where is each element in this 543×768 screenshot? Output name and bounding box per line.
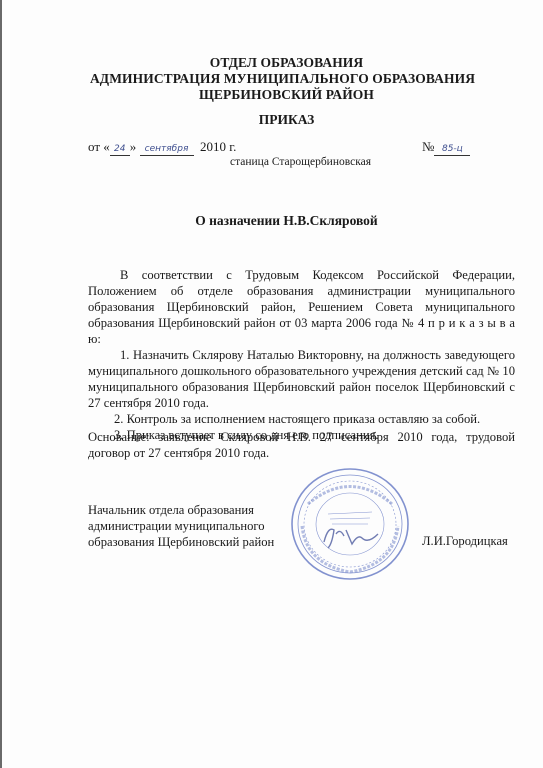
- header-line-administration: АДМИНИСТРАЦИЯ МУНИЦИПАЛЬНОГО ОБРАЗОВАНИЯ: [0, 71, 543, 87]
- signer-title: Начальник отдела образования администрац…: [88, 502, 274, 550]
- order-title: ПРИКАЗ: [0, 112, 543, 128]
- signer-name: Л.И.Городицкая: [422, 534, 508, 549]
- signer-title-line-2: администрации муниципального: [88, 518, 274, 534]
- order-date: от «24» сентября 2010 г.: [88, 139, 236, 156]
- number-handwritten: 85-ц: [434, 143, 470, 156]
- header-line-department: ОТДЕЛ ОБРАЗОВАНИЯ: [0, 55, 543, 71]
- header-line-district: ЩЕРБИНОВСКИЙ РАЙОН: [0, 87, 543, 103]
- official-stamp-icon: [288, 464, 412, 584]
- signer-title-line-1: Начальник отдела образования: [88, 502, 274, 518]
- order-number: №85-ц: [422, 139, 470, 156]
- date-mid: »: [130, 139, 137, 154]
- place-of-issue: станица Старощербиновская: [230, 156, 371, 168]
- date-month-handwritten: сентября: [140, 143, 194, 156]
- order-subject: О назначении Н.В.Скляровой: [0, 213, 543, 229]
- order-item-2: 2. Контроль за исполнением настоящего пр…: [88, 411, 515, 427]
- date-year: 2010 г.: [200, 139, 236, 154]
- number-prefix: №: [422, 139, 434, 154]
- signer-title-line-3: образования Щербиновский район: [88, 534, 274, 550]
- basis-paragraph: Основание: заявление Скляровой Н.В. 27 с…: [88, 429, 515, 461]
- document-header: ОТДЕЛ ОБРАЗОВАНИЯ АДМИНИСТРАЦИЯ МУНИЦИПА…: [0, 55, 543, 103]
- date-prefix: от «: [88, 139, 110, 154]
- preamble-paragraph: В соответствии с Трудовым Кодексом Росси…: [88, 267, 515, 347]
- date-day-handwritten: 24: [110, 143, 130, 156]
- order-body: В соответствии с Трудовым Кодексом Росси…: [88, 267, 515, 443]
- order-item-1: 1. Назначить Склярову Наталью Викторовну…: [88, 347, 515, 411]
